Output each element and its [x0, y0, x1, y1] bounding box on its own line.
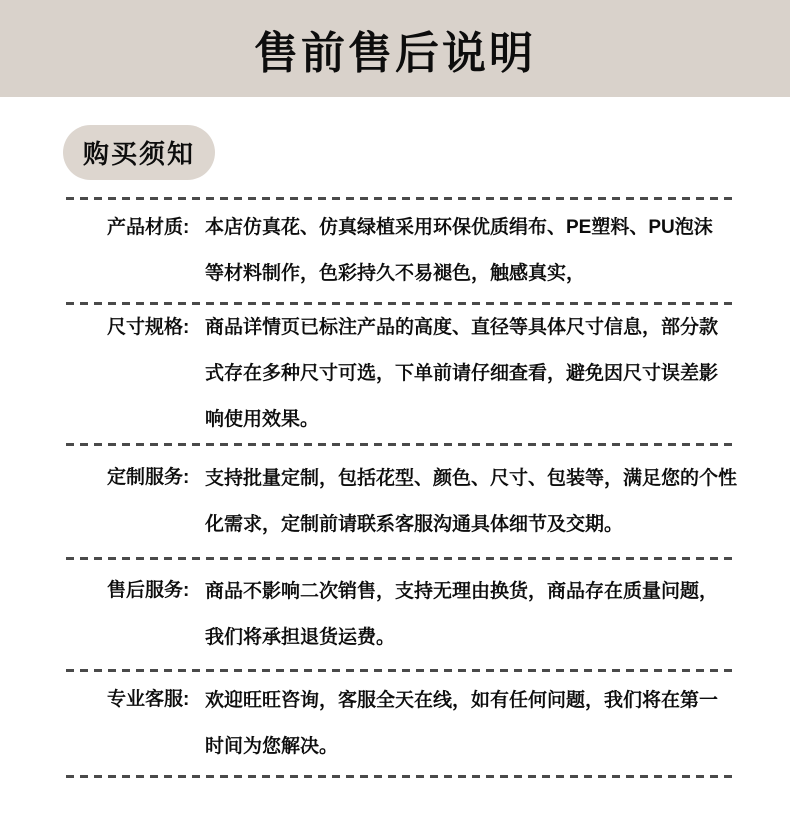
content-line: 支持批量定制，包括花型、颜色、尺寸、包装等，满足您的个性 [205, 456, 738, 502]
content-line: 时间为您解决。 [205, 724, 738, 770]
content-line: 欢迎旺旺咨询，客服全天在线，如有任何问题，我们将在第一 [205, 678, 738, 724]
content-line: 商品不影响二次销售，支持无理由换货，商品存在质量问题， [205, 569, 738, 615]
section-label: 专业客服: [107, 672, 205, 723]
section-content: 欢迎旺旺咨询，客服全天在线，如有任何问题，我们将在第一 时间为您解决。 [205, 678, 738, 770]
section-custom-service: 定制服务: 支持批量定制，包括花型、颜色、尺寸、包装等，满足您的个性 化需求，定… [0, 446, 790, 557]
section-label: 产品材质: [107, 200, 205, 251]
section-label: 定制服务: [107, 446, 205, 501]
section-content: 本店仿真花、仿真绿植采用环保优质绢布、PE塑料、PU泡沫 等材料制作，色彩持久不… [205, 205, 738, 297]
content-line: 等材料制作，色彩持久不易褪色，触感真实， [205, 251, 738, 297]
purchase-notice-badge: 购买须知 [63, 125, 215, 180]
header-banner: 售前售后说明 [0, 0, 790, 97]
content-line: 化需求，定制前请联系客服沟通具体细节及交期。 [205, 502, 738, 548]
section-content: 商品详情页已标注产品的高度、直径等具体尺寸信息，部分款 式存在多种尺寸可选，下单… [205, 305, 738, 443]
section-label: 售后服务: [107, 560, 205, 614]
content-line: 我们将承担退货运费。 [205, 615, 738, 661]
content-line: 商品详情页已标注产品的高度、直径等具体尺寸信息，部分款 [205, 305, 738, 351]
section-customer-support: 专业客服: 欢迎旺旺咨询，客服全天在线，如有任何问题，我们将在第一 时间为您解决… [0, 672, 790, 775]
section-content: 商品不影响二次销售，支持无理由换货，商品存在质量问题， 我们将承担退货运费。 [205, 569, 738, 661]
section-content: 支持批量定制，包括花型、颜色、尺寸、包装等，满足您的个性 化需求，定制前请联系客… [205, 456, 738, 548]
page-title: 售前售后说明 [254, 17, 536, 81]
content-line: 式存在多种尺寸可选，下单前请仔细查看，避免因尺寸误差影 [205, 351, 738, 397]
content-line: 本店仿真花、仿真绿植采用环保优质绢布、PE塑料、PU泡沫 [205, 205, 738, 251]
section-after-sale: 售后服务: 商品不影响二次销售，支持无理由换货，商品存在质量问题， 我们将承担退… [0, 560, 790, 669]
dashed-divider [66, 775, 738, 778]
section-label: 尺寸规格: [107, 305, 205, 351]
content-line: 响使用效果。 [205, 397, 738, 443]
notice-list: 产品材质: 本店仿真花、仿真绿植采用环保优质绢布、PE塑料、PU泡沫 等材料制作… [0, 197, 790, 778]
section-product-material: 产品材质: 本店仿真花、仿真绿植采用环保优质绢布、PE塑料、PU泡沫 等材料制作… [0, 200, 790, 302]
section-size-spec: 尺寸规格: 商品详情页已标注产品的高度、直径等具体尺寸信息，部分款 式存在多种尺… [0, 305, 790, 443]
